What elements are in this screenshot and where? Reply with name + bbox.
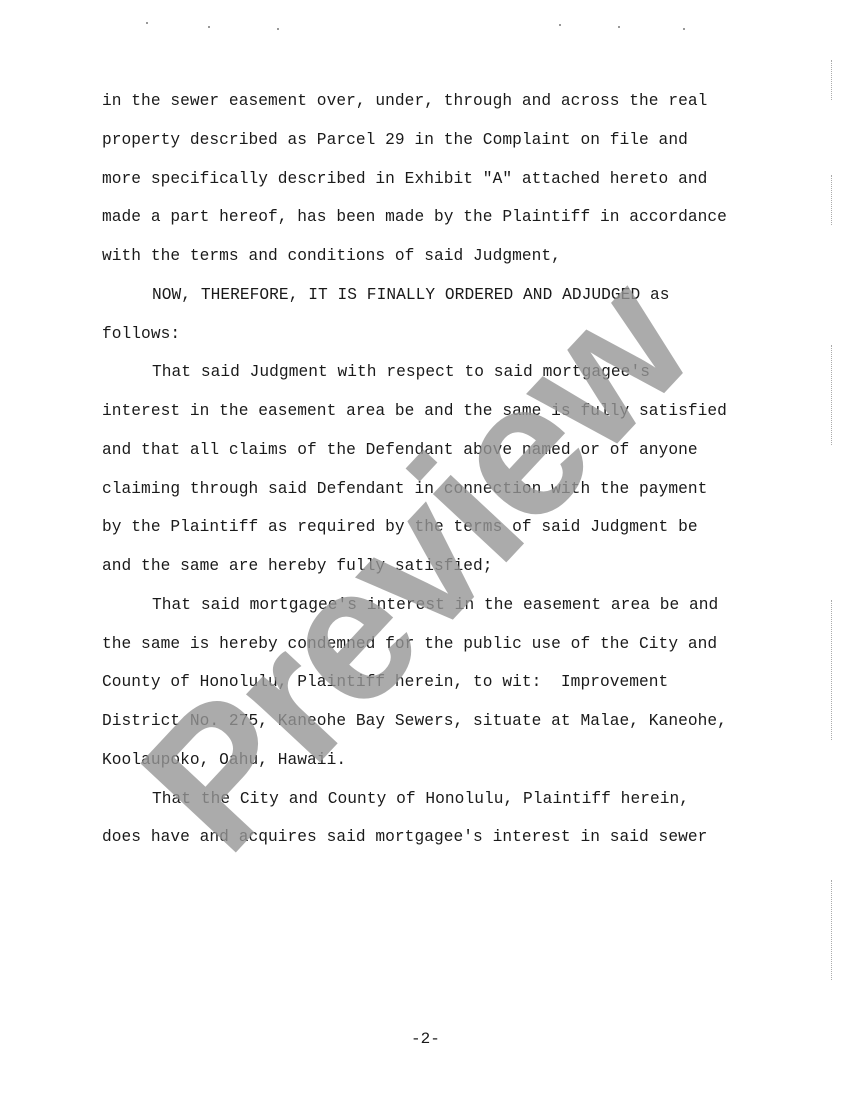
margin-mark [831, 175, 833, 225]
document-line: claiming through said Defendant in conne… [102, 480, 707, 498]
document-line: interest in the easement area be and the… [102, 402, 727, 420]
scan-speck [683, 28, 685, 30]
document-line: follows: [102, 325, 180, 343]
page-number: -2- [411, 1030, 440, 1048]
scan-speck [559, 24, 561, 26]
margin-mark [831, 60, 833, 100]
document-line: NOW, THEREFORE, IT IS FINALLY ORDERED AN… [152, 286, 670, 304]
margin-mark [831, 880, 833, 980]
document-line: District No. 275, Kaneohe Bay Sewers, si… [102, 712, 727, 730]
document-line: County of Honolulu, Plaintiff herein, to… [102, 673, 668, 691]
document-line: and that all claims of the Defendant abo… [102, 441, 698, 459]
document-line: does have and acquires said mortgagee's … [102, 828, 707, 846]
scan-speck [208, 26, 210, 28]
document-page: in the sewer easement over, under, throu… [0, 0, 850, 1104]
document-line: by the Plaintiff as required by the term… [102, 518, 698, 536]
document-line: made a part hereof, has been made by the… [102, 208, 727, 226]
document-line: That said Judgment with respect to said … [152, 363, 650, 381]
margin-mark [831, 600, 833, 740]
document-line: That the City and County of Honolulu, Pl… [152, 790, 689, 808]
document-line: with the terms and conditions of said Ju… [102, 247, 561, 265]
scan-speck [146, 22, 148, 24]
document-line: Koolaupoko, Oahu, Hawaii. [102, 751, 346, 769]
document-line: and the same are hereby fully satisfied; [102, 557, 493, 575]
document-line: more specifically described in Exhibit "… [102, 170, 707, 188]
margin-mark [831, 345, 833, 445]
document-line: the same is hereby condemned for the pub… [102, 635, 717, 653]
scan-speck [277, 28, 279, 30]
document-line: in the sewer easement over, under, throu… [102, 92, 707, 110]
scan-speck [618, 26, 620, 28]
document-line: That said mortgagee's interest in the ea… [152, 596, 718, 614]
document-line: property described as Parcel 29 in the C… [102, 131, 688, 149]
